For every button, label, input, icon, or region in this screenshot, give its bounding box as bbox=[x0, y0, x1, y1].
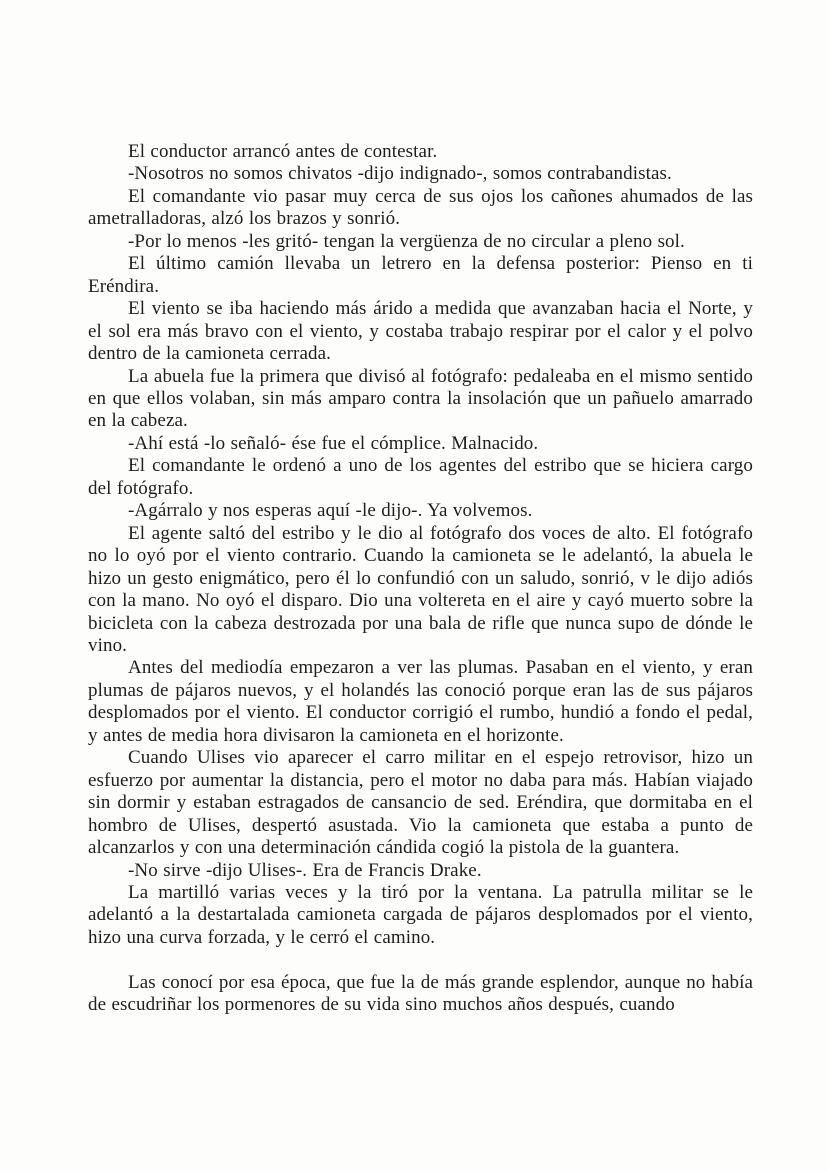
paragraph: -Por lo menos -les gritó- tengan la verg… bbox=[88, 231, 753, 253]
paragraph: Cuando Ulises vio aparecer el carro mili… bbox=[88, 747, 753, 859]
text-block: El conductor arrancó antes de contestar.… bbox=[88, 141, 753, 1017]
paragraph: -Ahí está -lo señaló- ése fue el cómplic… bbox=[88, 433, 753, 455]
paragraph: La martilló varias veces y la tiró por l… bbox=[88, 882, 753, 949]
paragraph: Antes del mediodía empezaron a ver las p… bbox=[88, 657, 753, 747]
paragraph: -No sirve -dijo Ulises-. Era de Francis … bbox=[88, 860, 753, 882]
paragraph: El comandante le ordenó a uno de los age… bbox=[88, 455, 753, 500]
paragraph: -Agárralo y nos esperas aquí -le dijo-. … bbox=[88, 500, 753, 522]
paragraph: El viento se iba haciendo más árido a me… bbox=[88, 298, 753, 365]
paragraph: El conductor arrancó antes de contestar. bbox=[88, 141, 753, 163]
paragraph: La abuela fue la primera que divisó al f… bbox=[88, 366, 753, 433]
document-page: El conductor arrancó antes de contestar.… bbox=[0, 0, 828, 1171]
paragraph-section-start: Las conocí por esa época, que fue la de … bbox=[88, 972, 753, 1017]
paragraph: El comandante vio pasar muy cerca de sus… bbox=[88, 186, 753, 231]
paragraph: El agente saltó del estribo y le dio al … bbox=[88, 523, 753, 658]
paragraph: El último camión llevaba un letrero en l… bbox=[88, 253, 753, 298]
paragraph: -Nosotros no somos chivatos -dijo indign… bbox=[88, 163, 753, 185]
